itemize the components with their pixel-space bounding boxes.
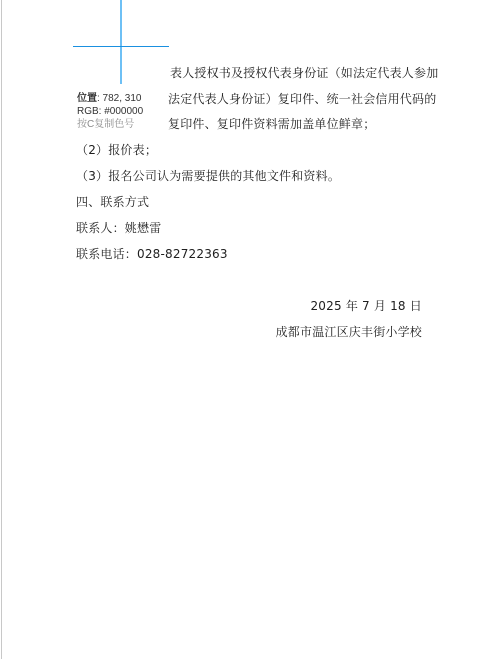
paragraph-authorization-continued: 表人授权书及授权代表身份证（如法定代表人参加 <box>170 66 438 80</box>
list-item-other-documents: （3）报名公司认为需要提供的其他文件和资料。 <box>76 169 340 183</box>
paragraph-copy-stamp: 复印件、复印件资料需加盖单位鲜章； <box>168 117 375 131</box>
paragraph-legal-rep-id: 法定代表人身份证）复印件、统一社会信用代码的 <box>168 92 436 106</box>
section-heading-contact: 四、联系方式 <box>76 195 149 209</box>
picker-rgb: RGB: #000000 <box>77 105 143 118</box>
crosshair-vertical-line <box>120 0 122 84</box>
picker-position: 位置: 782, 310 <box>77 92 143 105</box>
signature-date: 2025 年 7 月 18 日 <box>310 299 422 313</box>
picker-position-label: 位置 <box>77 93 97 104</box>
signature-organization: 成都市温江区庆丰街小学校 <box>276 325 422 339</box>
contact-person: 联系人：姚懋雷 <box>76 221 161 235</box>
crosshair-horizontal-line <box>73 46 169 47</box>
contact-phone: 联系电话：028-82722363 <box>76 247 228 261</box>
picker-copy-hint: 按C复制色号 <box>77 118 143 131</box>
picker-position-value: : 782, 310 <box>97 93 141 104</box>
color-picker-info: 位置: 782, 310 RGB: #000000 按C复制色号 <box>77 92 147 131</box>
document-page: 表人授权书及授权代表身份证（如法定代表人参加 法定代表人身份证）复印件、统一社会… <box>0 0 488 659</box>
list-item-quotation: （2）报价表； <box>76 143 157 157</box>
